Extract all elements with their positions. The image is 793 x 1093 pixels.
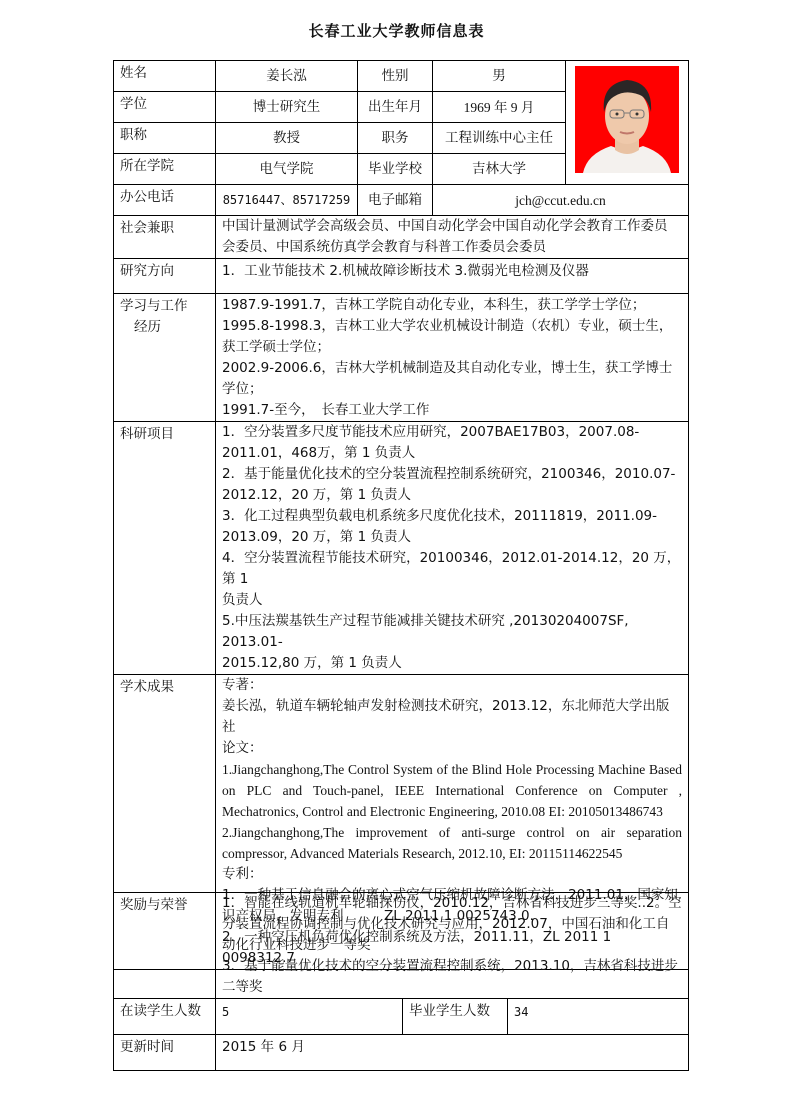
row-projects: 科研项目 1．空分装置多尺度节能技术应用研究，2007BAE17B03，2007… — [114, 422, 689, 675]
research-label: 研究方向 — [114, 259, 216, 294]
experience-line: 2002.9-2006.6，吉林大学机械制造及其自动化专业，博士生，获工学博士 — [222, 358, 682, 379]
social-line: 会委员、中国系统仿真学会教育与科普工作委员会委员 — [222, 237, 682, 258]
row-updated: 更新时间 2015 年 6 月 — [114, 1035, 689, 1071]
photo-cell — [566, 61, 689, 185]
birth-label: 出生年月 — [358, 92, 433, 123]
position-value: 工程训练中心主任 — [433, 123, 566, 154]
college-label: 所在学院 — [114, 154, 216, 185]
monograph-line: 姜长泓，轨道车辆轮轴声发射检测技术研究，2013.12，东北师范大学出版 — [222, 696, 682, 717]
row-social: 社会兼职 中国计量测试学会高级会员、中国自动化学会中国自动化学会教育工作委员 会… — [114, 216, 689, 259]
social-value: 中国计量测试学会高级会员、中国自动化学会中国自动化学会教育工作委员 会委员、中国… — [216, 216, 689, 259]
phone-label: 办公电话 — [114, 185, 216, 216]
title-value: 教授 — [216, 123, 358, 154]
experience-label-line: 经历 — [120, 317, 209, 338]
award-line: 分装置流程协调控制与优化技术研究与应用，2012.07，中国石油和化工自 — [222, 914, 682, 935]
social-label: 社会兼职 — [114, 216, 216, 259]
experience-line: 获工学硕士学位； — [222, 337, 682, 358]
row-contact: 办公电话 85716447、85717259 电子邮箱 jch@ccut.edu… — [114, 185, 689, 216]
award-line: 1．智能在线轨道机车轮轴探伤仪，2010.12，吉林省科技进步三等奖..2。空 — [222, 893, 682, 914]
row-research: 研究方向 1．工业节能技术 2.机械故障诊断技术 3.微弱光电检测及仪器 — [114, 259, 689, 294]
project-line: 2011.01，468万，第 1 负责人 — [222, 443, 682, 464]
project-line: 1．空分装置多尺度节能技术应用研究，2007BAE17B03，2007.08- — [222, 422, 682, 443]
project-line: 2．基于能量优化技术的空分装置流程控制系统研究，2100346，2010.07- — [222, 464, 682, 485]
monograph-heading: 专著： — [222, 675, 682, 696]
teacher-info-table: 姓名 姜长泓 性别 男 学位 — [113, 60, 689, 970]
updated-value: 2015 年 6 月 — [216, 1035, 689, 1071]
name-value: 姜长泓 — [216, 61, 358, 92]
paper-item: 1.Jiangchanghong,The Control System of t… — [222, 759, 682, 822]
experience-line: 1987.9-1991.7，吉林工学院自动化专业，本科生，获工学学士学位； — [222, 295, 682, 316]
gender-label: 性别 — [358, 61, 433, 92]
portrait-image-icon — [575, 66, 679, 173]
monograph-line: 社 — [222, 717, 682, 738]
row-experience: 学习与工作 经历 1987.9-1991.7，吉林工学院自动化专业，本科生，获工… — [114, 294, 689, 422]
awards-label: 奖励与荣誉 — [114, 893, 216, 999]
title-label: 职称 — [114, 123, 216, 154]
awards-value: 1．智能在线轨道机车轮轴探伤仪，2010.12，吉林省科技进步三等奖..2。空 … — [216, 893, 689, 999]
project-line: 3．化工过程典型负载电机系统多尺度优化技术，20111819，2011.09- — [222, 506, 682, 527]
experience-line: 1991.7-至今， 长春工业大学工作 — [222, 400, 682, 421]
project-line: 5.中压法羰基铁生产过程节能减排关键技术研究 ,20130204007SF, 2… — [222, 611, 682, 653]
college-value: 电气学院 — [216, 154, 358, 185]
award-line: 二等奖 — [222, 977, 682, 998]
project-line: 4．空分装置流程节能技术研究，20100346，2012.01-2014.12，… — [222, 548, 682, 590]
projects-value: 1．空分装置多尺度节能技术应用研究，2007BAE17B03，2007.08- … — [216, 422, 689, 675]
page-title: 长春工业大学教师信息表 — [0, 20, 793, 41]
current-students-value: 5 — [216, 999, 403, 1035]
social-line: 中国计量测试学会高级会员、中国自动化学会中国自动化学会教育工作委员 — [222, 216, 682, 237]
project-line: 2015.12,80 万，第 1 负责人 — [222, 653, 682, 674]
portrait-photo — [575, 66, 679, 173]
papers-heading: 论文： — [222, 738, 682, 759]
project-line: 负责人 — [222, 590, 682, 611]
row-students: 在读学生人数 5 毕业学生人数 34 — [114, 999, 689, 1035]
row-awards: 奖励与荣誉 1．智能在线轨道机车轮轴探伤仪，2010.12，吉林省科技进步三等奖… — [114, 893, 689, 999]
degree-value: 博士研究生 — [216, 92, 358, 123]
project-line: 2013.09，20 万，第 1 负责人 — [222, 527, 682, 548]
awards-table: 奖励与荣誉 1．智能在线轨道机车轮轴探伤仪，2010.12，吉林省科技进步三等奖… — [113, 892, 689, 1071]
birth-value: 1969 年 9 月 — [433, 92, 566, 123]
updated-label: 更新时间 — [114, 1035, 216, 1071]
email-label: 电子邮箱 — [358, 185, 433, 216]
graduated-students-value: 34 — [508, 999, 689, 1035]
experience-line: 1995.8-1998.3，吉林工业大学农业机械设计制造（农机）专业，硕士生， — [222, 316, 682, 337]
award-line: 动化行业科技进步一等奖 — [222, 935, 682, 956]
school-label: 毕业学校 — [358, 154, 433, 185]
row-name: 姓名 姜长泓 性别 男 — [114, 61, 689, 92]
experience-line: 学位； — [222, 379, 682, 400]
experience-label: 学习与工作 经历 — [114, 294, 216, 422]
paper-item: 2.Jiangchanghong,The improvement of anti… — [222, 822, 682, 864]
school-value: 吉林大学 — [433, 154, 566, 185]
phone-value: 85716447、85717259 — [216, 185, 358, 216]
experience-label-line: 学习与工作 — [120, 296, 209, 317]
experience-value: 1987.9-1991.7，吉林工学院自动化专业，本科生，获工学学士学位； 19… — [216, 294, 689, 422]
name-label: 姓名 — [114, 61, 216, 92]
patents-heading: 专利： — [222, 864, 682, 885]
gender-value: 男 — [433, 61, 566, 92]
project-line: 2012.12，20 万，第 1 负责人 — [222, 485, 682, 506]
email-value[interactable]: jch@ccut.edu.cn — [433, 185, 689, 216]
graduated-students-label: 毕业学生人数 — [403, 999, 508, 1035]
research-value: 1．工业节能技术 2.机械故障诊断技术 3.微弱光电检测及仪器 — [216, 259, 689, 294]
current-students-label: 在读学生人数 — [114, 999, 216, 1035]
position-label: 职务 — [358, 123, 433, 154]
projects-label: 科研项目 — [114, 422, 216, 675]
degree-label: 学位 — [114, 92, 216, 123]
award-line: 3．基于能量优化技术的空分装置流程控制系统，2013.10，吉林省科技进步 — [222, 956, 682, 977]
